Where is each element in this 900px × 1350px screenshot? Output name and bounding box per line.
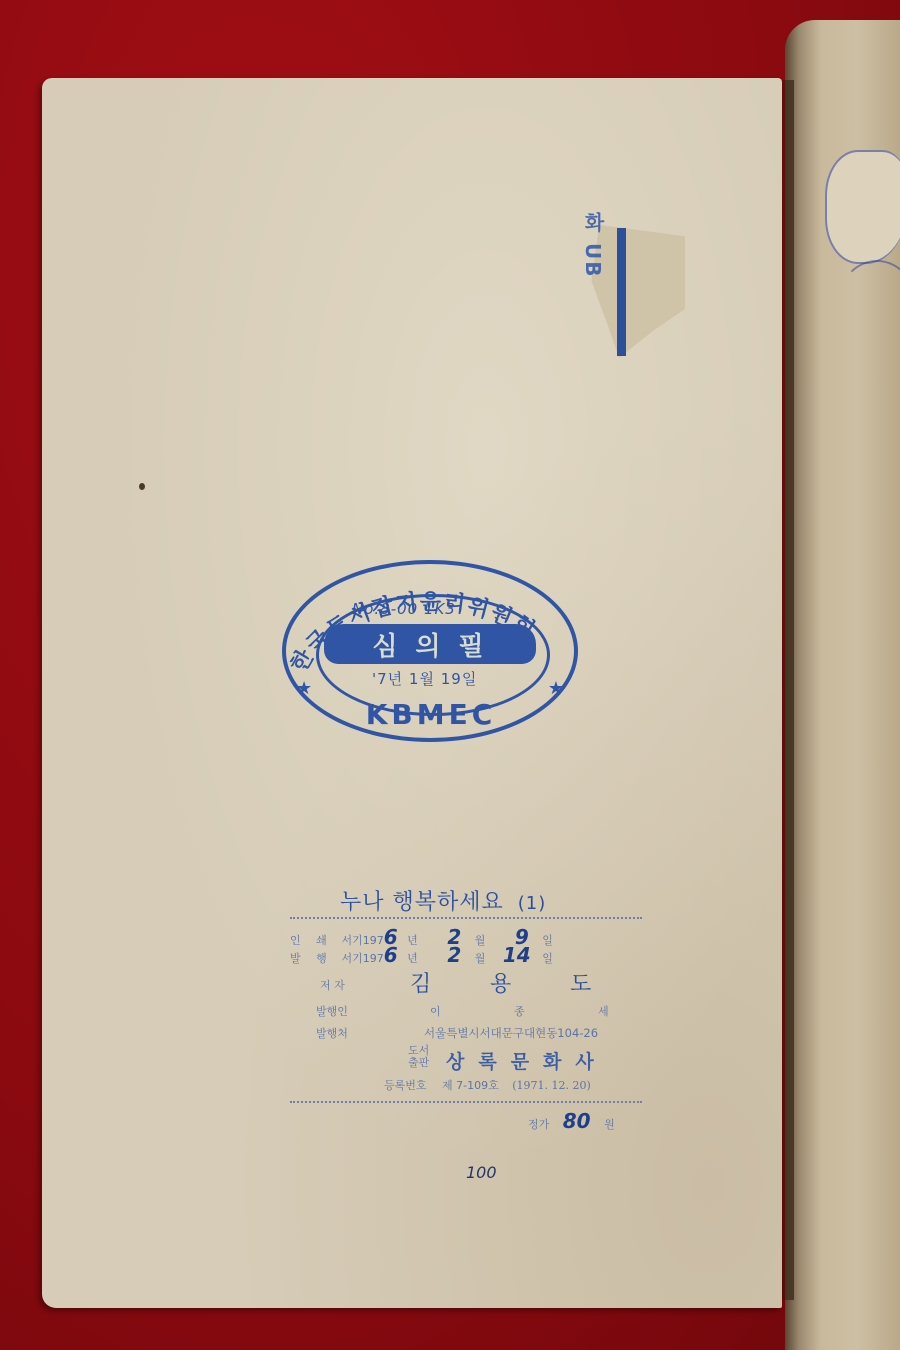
publish-month: 2 bbox=[447, 943, 461, 967]
registration-label: 등록번호 bbox=[384, 1079, 427, 1092]
author-char: 김 bbox=[410, 967, 490, 998]
publisher-prefix-bottom: 출판 bbox=[408, 1057, 429, 1069]
publisher-name: 상록문화사 bbox=[446, 1047, 608, 1074]
author-char: 용 bbox=[490, 967, 570, 998]
stamp-approved-band: 심의필 bbox=[324, 624, 536, 664]
torn-label-text: 화 UB bbox=[545, 212, 605, 278]
torn-paper-patch bbox=[825, 150, 900, 264]
price-amount: 80 bbox=[563, 1109, 591, 1133]
registration-number: 제 7-109호 bbox=[442, 1079, 499, 1092]
publish-year-digit: 6 bbox=[384, 943, 398, 967]
publisher-char: 세 bbox=[598, 1005, 609, 1018]
address-value: 서울특별시서대문구대현동104-26 bbox=[424, 1025, 598, 1041]
month-suffix: 월 bbox=[475, 952, 486, 965]
address-label: 발행처 bbox=[316, 1025, 348, 1041]
stamp-number: No.8-00 1K3 bbox=[352, 600, 456, 618]
star-icon: ★ bbox=[296, 678, 312, 699]
stamp-abbreviation: KBMEC bbox=[336, 698, 526, 731]
publish-day: 14 bbox=[503, 943, 531, 967]
paper-speck bbox=[139, 483, 145, 490]
torn-label-bar bbox=[617, 228, 626, 356]
star-icon: ★ bbox=[548, 678, 564, 699]
publish-label: 발 행 bbox=[290, 950, 338, 966]
dotted-divider-bottom bbox=[290, 1101, 642, 1103]
dotted-divider-top bbox=[290, 917, 642, 919]
year-suffix: 년 bbox=[407, 952, 418, 965]
page-number: 100 bbox=[466, 1163, 497, 1182]
publisher-person-name: 이종세 bbox=[430, 1003, 609, 1019]
review-stamp: 한국도서잡지윤리위원회 No.8-00 1K3 심의필 '7년 1월 19일 ★… bbox=[282, 560, 578, 742]
publisher-char: 이 bbox=[430, 1003, 514, 1019]
publisher-prefix: 도서 출판 bbox=[408, 1045, 429, 1069]
stamp-date: '7년 1월 19일 bbox=[372, 668, 477, 689]
publish-year-prefix: 서기197 bbox=[342, 952, 384, 965]
registration-row: 등록번호 제 7-109호 (1971. 12. 20) bbox=[384, 1077, 591, 1093]
price-row: 정가 80 원 bbox=[528, 1109, 615, 1133]
book-title-text: 누나 행복하세요 bbox=[340, 890, 504, 915]
adjacent-page-edge bbox=[785, 20, 900, 1350]
author-label: 저 자 bbox=[320, 977, 345, 993]
price-label: 정가 bbox=[528, 1118, 549, 1131]
publisher-person-label: 발행인 bbox=[316, 1003, 348, 1019]
author-name: 김용도 bbox=[410, 967, 650, 998]
ink-outline-fragment bbox=[840, 260, 900, 334]
book-title: 누나 행복하세요(1) bbox=[340, 885, 546, 916]
volume-number: (1) bbox=[518, 893, 547, 914]
price-unit: 원 bbox=[604, 1118, 615, 1131]
publisher-char: 종 bbox=[514, 1003, 598, 1019]
registration-date: (1971. 12. 20) bbox=[512, 1079, 591, 1092]
day-suffix: 일 bbox=[542, 952, 553, 965]
publish-date-row: 발 행 서기1976 년 2 월 14 일 bbox=[290, 943, 553, 967]
author-char: 도 bbox=[570, 967, 650, 998]
